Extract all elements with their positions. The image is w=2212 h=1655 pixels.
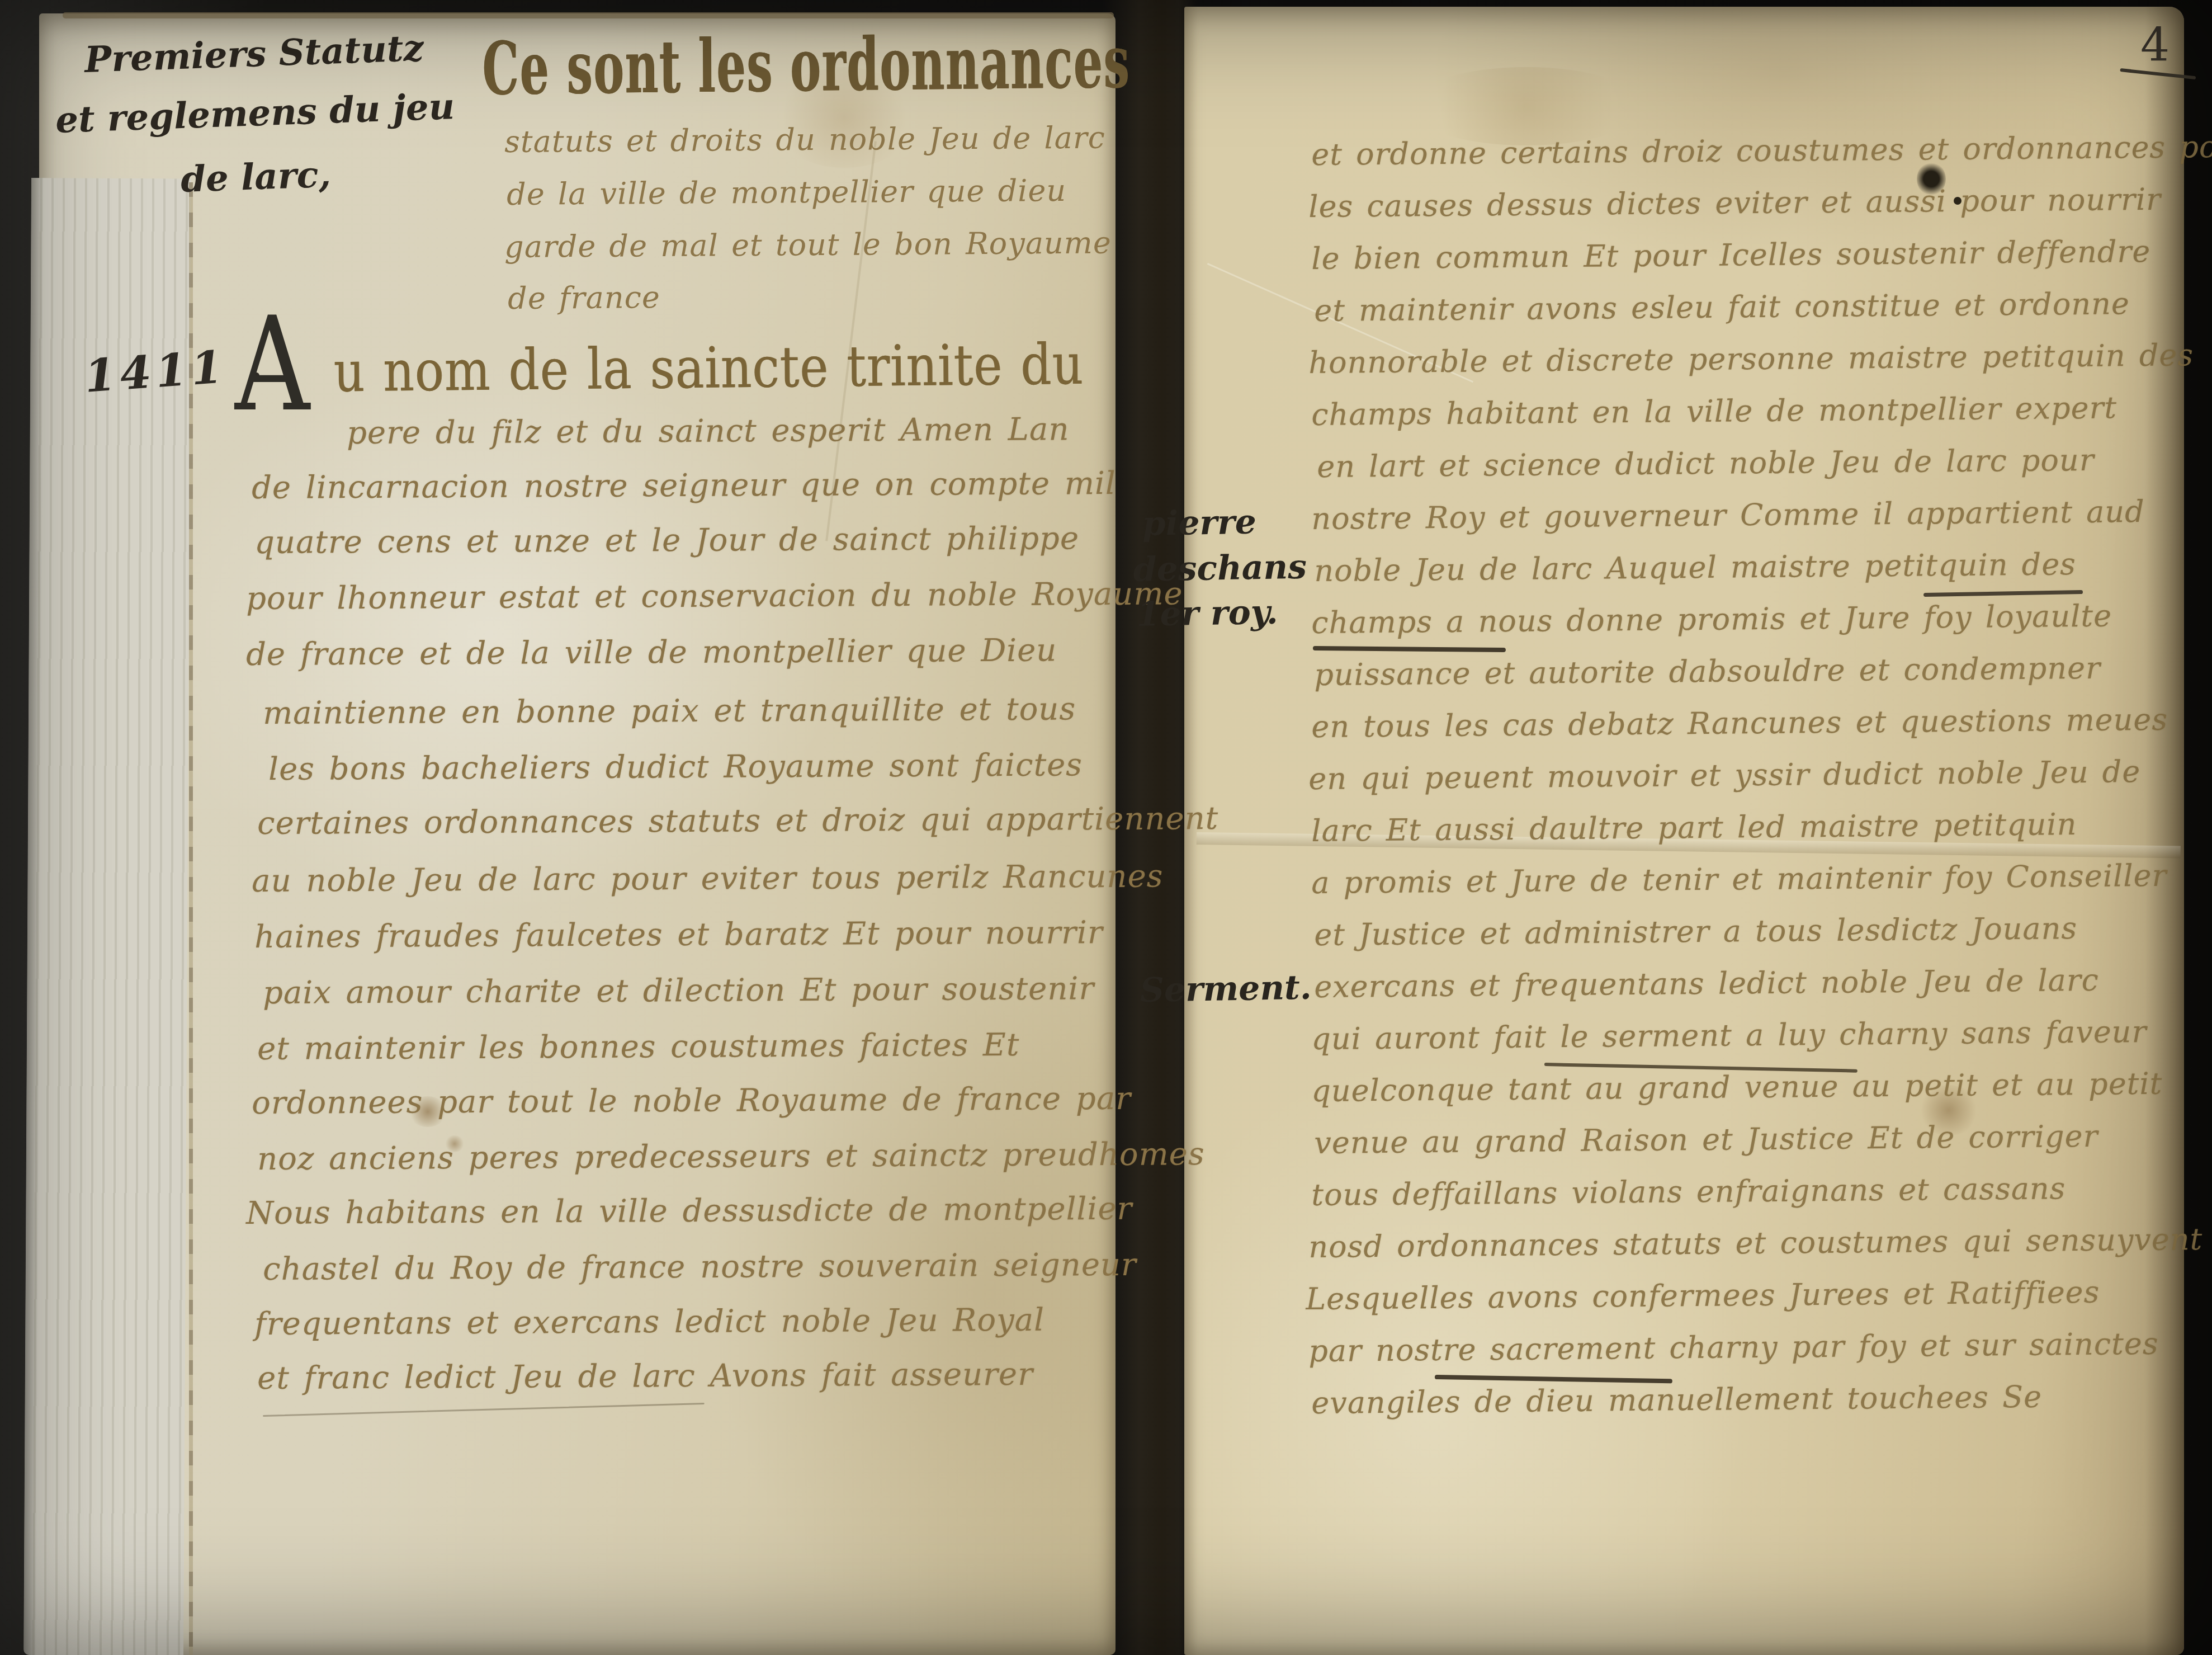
manuscript-line: les bons bacheliers dudict Royaume sont … bbox=[268, 747, 1083, 788]
page-number: 4 bbox=[2140, 19, 2170, 72]
manuscript-line: Nous habitans en la ville dessusdicte de… bbox=[246, 1191, 1132, 1232]
subheading-line: de france bbox=[508, 280, 660, 316]
manuscript-line: quatre cens et unze et le Jour de sainct… bbox=[254, 520, 1079, 561]
manuscript-line: qui auront fait le serment a luy charny … bbox=[1311, 1014, 2147, 1057]
margin-note-king-line: pierre bbox=[1142, 502, 1257, 544]
manuscript-line: les causes dessus dictes eviter et aussi… bbox=[1308, 182, 2161, 224]
margin-note-king-line: 1er roy. bbox=[1136, 593, 1278, 634]
manuscript-line: paix amour charite et dilection Et pour … bbox=[263, 970, 1094, 1011]
margin-note-title-line: de larc, bbox=[180, 154, 332, 201]
manuscript-line: puissance et autorite dabsouldre et cond… bbox=[1314, 650, 2101, 692]
manuscript-line: pere du filz et du sainct esperit Amen L… bbox=[347, 411, 1070, 451]
manuscript-line: par nostre sacrement charny par foy et s… bbox=[1308, 1326, 2159, 1369]
margin-note-oath: Serment. bbox=[1140, 968, 1312, 1010]
manuscript-line: en tous les cas debatz Rancunes et quest… bbox=[1311, 702, 2168, 744]
subheading-line: statuts et droits du noble Jeu de larc bbox=[504, 120, 1105, 159]
manuscript-line: exercans et frequentans ledict noble Jeu… bbox=[1314, 963, 2099, 1005]
manuscript-line: et maintenir avons esleu fait constitue … bbox=[1314, 286, 2130, 328]
manuscript-line: maintienne en bonne paix et tranquillite… bbox=[263, 691, 1076, 732]
manuscript-line: et maintenir les bonnes coustumes faicte… bbox=[257, 1027, 1020, 1067]
subheading-line: de la ville de montpellier que dieu bbox=[507, 173, 1066, 212]
manuscript-line: Lesquelles avons confermees Jurees et Ra… bbox=[1306, 1275, 2100, 1317]
manuscript-line: pour lhonneur estat et conservacion du n… bbox=[246, 576, 1183, 617]
margin-note-king-line: deschans bbox=[1133, 548, 1307, 590]
gothic-heading: Ce sont les ordonnances bbox=[482, 18, 1130, 111]
manuscript-line: chastel du Roy de france nostre souverai… bbox=[263, 1247, 1137, 1288]
opening-line: u nom de la saincte trinite du bbox=[333, 331, 1084, 404]
manuscript-line: de france et de la ville de montpellier … bbox=[246, 632, 1057, 673]
manuscript-line: tous deffaillans violans enfraignans et … bbox=[1311, 1171, 2066, 1213]
manuscript-photo: Premiers Statutz et reglemens du jeu de … bbox=[0, 0, 2212, 1655]
manuscript-line: quelconque tant au grand venue au petit … bbox=[1311, 1066, 2163, 1109]
manuscript-line: larc Et aussi daultre part led maistre p… bbox=[1311, 807, 2077, 848]
manuscript-line: en qui peuent mouvoir et yssir dudict no… bbox=[1308, 754, 2140, 796]
page-fold-seam bbox=[189, 182, 193, 1655]
right-page-edge-shadow bbox=[2145, 7, 2184, 1655]
manuscript-line: noz anciens peres predecesseurs et sainc… bbox=[257, 1136, 1205, 1177]
manuscript-line: evangiles de dieu manuellement touchees … bbox=[1311, 1379, 2042, 1421]
subheading-line: garde de mal et tout le bon Royaume bbox=[504, 225, 1112, 265]
manuscript-line: et Justice et administrer a tous lesdict… bbox=[1314, 911, 2077, 953]
manuscript-line: champs a nous donne promis et Jure foy l… bbox=[1311, 598, 2112, 640]
manuscript-line: ordonnees par tout le noble Royaume de f… bbox=[252, 1081, 1131, 1121]
drop-cap: A bbox=[235, 307, 310, 423]
manuscript-line: et franc ledict Jeu de larc Avons fait a… bbox=[257, 1356, 1033, 1397]
manuscript-line: de lincarnacion nostre seigneur que on c… bbox=[252, 465, 1116, 506]
page-top-edge bbox=[63, 12, 1114, 18]
manuscript-line: certaines ordonnances statuts et droiz q… bbox=[257, 800, 1218, 842]
manuscript-line: champs habitant en la ville de montpelli… bbox=[1311, 390, 2117, 432]
manuscript-line: a promis et Jure de tenir et maintenir f… bbox=[1311, 858, 2167, 900]
manuscript-line: venue au grand Raison et Justice Et de c… bbox=[1314, 1119, 2098, 1161]
manuscript-line: le bien commun Et pour Icelles soustenir… bbox=[1311, 234, 2151, 276]
manuscript-line: en lart et science dudict noble Jeu de l… bbox=[1317, 442, 2095, 484]
manuscript-line: haines fraudes faulcetes et baratz Et po… bbox=[254, 914, 1103, 955]
manuscript-line: frequentans et exercans ledict noble Jeu… bbox=[254, 1302, 1044, 1342]
manuscript-line: au noble Jeu de larc pour eviter tous pe… bbox=[252, 858, 1164, 899]
manuscript-line: noble Jeu de larc Auquel maistre petitqu… bbox=[1314, 546, 2076, 588]
manuscript-line: nostre Roy et gouverneur Comme il appart… bbox=[1311, 494, 2145, 536]
